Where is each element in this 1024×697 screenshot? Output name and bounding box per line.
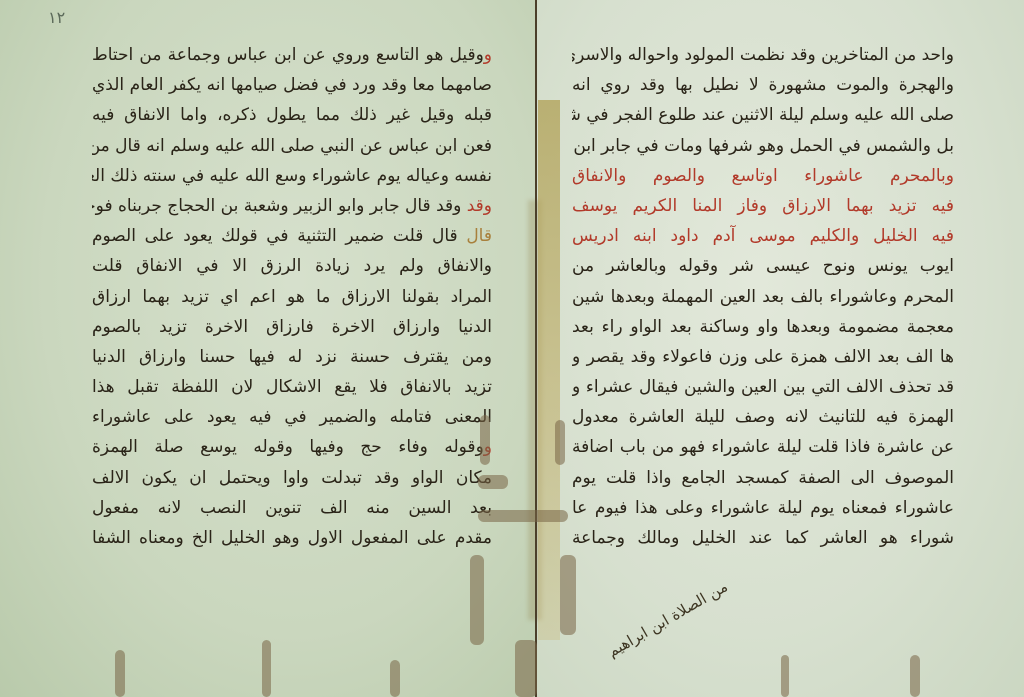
- worm-damage: [910, 655, 920, 697]
- text-line: بل والشمس في الحمل وهو شرفها ومات في جاب…: [572, 131, 954, 161]
- folio-number: ١٢: [48, 8, 65, 27]
- left-text-block: ووقيل هو التاسع وروي عن ابن عباس وجماعة …: [92, 40, 492, 553]
- text-line: قال قال قلت ضمير التثنية في قولك يعود عل…: [92, 221, 492, 251]
- worm-damage: [480, 415, 490, 465]
- worm-damage: [515, 640, 537, 697]
- text-line: ها الف بعد الالف همزة على وزن فاعولاء وق…: [572, 342, 954, 372]
- manuscript-spread: ١٢ ووقيل هو التاسع وروي عن ابن عباس وجما…: [0, 0, 1024, 697]
- text-line: ووقوله وفاء حج وفيها وقوله يوسع صلة الهم…: [92, 432, 492, 462]
- text-line: والانفاق ولم يرد زيادة الرزق الا في الان…: [92, 251, 492, 281]
- text-line: بعد السين منه الف تنوين النصب لانه مفعول: [92, 493, 492, 523]
- text-line: مكان الواو وقد تبدلت واوا ويحتمل ان يكون…: [92, 463, 492, 493]
- text-line: ايوب يونس ونوح عيسى شر وقوله وبالعاشر من: [572, 251, 954, 281]
- text-line-rubricated: فيه الخليل والكليم موسى آدم داود ابنه اد…: [572, 221, 954, 251]
- repair-tape: [538, 100, 560, 640]
- text-line: قد تحذف الالف التي بين العين والشين فيقا…: [572, 372, 954, 402]
- text-line: واحد من المتاخرين وقد نظمت المولود واحوا…: [572, 40, 954, 70]
- worm-damage: [555, 420, 565, 465]
- text-line: المعنى فتامله والضمير في فيه يعود على عا…: [92, 402, 492, 432]
- right-text-block: واحد من المتاخرين وقد نظمت المولود واحوا…: [572, 40, 954, 553]
- worm-damage: [478, 510, 568, 522]
- worm-damage: [781, 655, 789, 697]
- worm-damage: [478, 475, 508, 489]
- text-line: ومن يقترف حسنة نزد له فيها حسنا وارزاق ا…: [92, 342, 492, 372]
- text-line: الموصوف الى الصفة كمسجد الجامع واذا قلت …: [572, 463, 954, 493]
- text-line: الدنيا وارزاق الاخرة فارزاق الاخرة تزيد …: [92, 312, 492, 342]
- text-line: المراد بقولنا الارزاق ما هو اعم اي تزيد …: [92, 282, 492, 312]
- text-line-rubricated: فيه تزيد بهما الارزاق وفاز المنا الكريم …: [572, 191, 954, 221]
- rubric-mark: وقد: [467, 196, 492, 216]
- text-line: الهمزة فيه للتانيث لانه وصف لليلة العاشر…: [572, 402, 954, 432]
- text-line: المحرم وعاشوراء بالف بعد العين المهملة و…: [572, 282, 954, 312]
- worm-damage: [115, 650, 125, 697]
- binding-gutter: [535, 0, 537, 697]
- text-line: صامهما معا وقد ورد في فضل صيامها انه يكف…: [92, 70, 492, 100]
- text-line: شوراء هو العاشر كما عند الخليل ومالك وجم…: [572, 523, 954, 553]
- rubric-mark: و: [484, 45, 492, 65]
- text-line: عاشوراء فمعناه يوم ليلة عاشوراء وعلى هذا…: [572, 493, 954, 523]
- worm-damage: [470, 555, 484, 645]
- text-line: صلى الله عليه وسلم ليلة الاثنين عند طلوع…: [572, 100, 954, 130]
- text-line: فعن ابن عباس عن النبي صلى الله عليه وسلم…: [92, 131, 492, 161]
- text-line: وقد وقد قال جابر وابو الزبير وشعبة بن ال…: [92, 191, 492, 221]
- text-line: معجمة مضمومة وبعدها واو وساكنة بعد الواو…: [572, 312, 954, 342]
- text-line: نفسه وعياله يوم عاشوراء وسع الله عليه في…: [92, 161, 492, 191]
- worm-damage: [262, 640, 271, 697]
- text-line: قبله وقيل غير ذلك مما يطول ذكره، واما ال…: [92, 100, 492, 130]
- text-line-rubricated: وبالمحرم عاشوراء اوتاسع والصوم والانفاق: [572, 161, 954, 191]
- worm-damage: [560, 555, 576, 635]
- text-line: مقدم على المفعول الاول وهو الخليل الخ وم…: [92, 523, 492, 553]
- text-line: ووقيل هو التاسع وروي عن ابن عباس وجماعة …: [92, 40, 492, 70]
- rubric-mark: قال: [466, 226, 492, 246]
- worm-damage: [390, 660, 400, 697]
- text-line: والهجرة والموت مشهورة لا نطيل بها وقد رو…: [572, 70, 954, 100]
- text-line: تزيد بالانفاق فلا يقع الاشكال لان اللفظة…: [92, 372, 492, 402]
- text-line: عن عاشرة فاذا قلت ليلة عاشوراء فهو من با…: [572, 432, 954, 462]
